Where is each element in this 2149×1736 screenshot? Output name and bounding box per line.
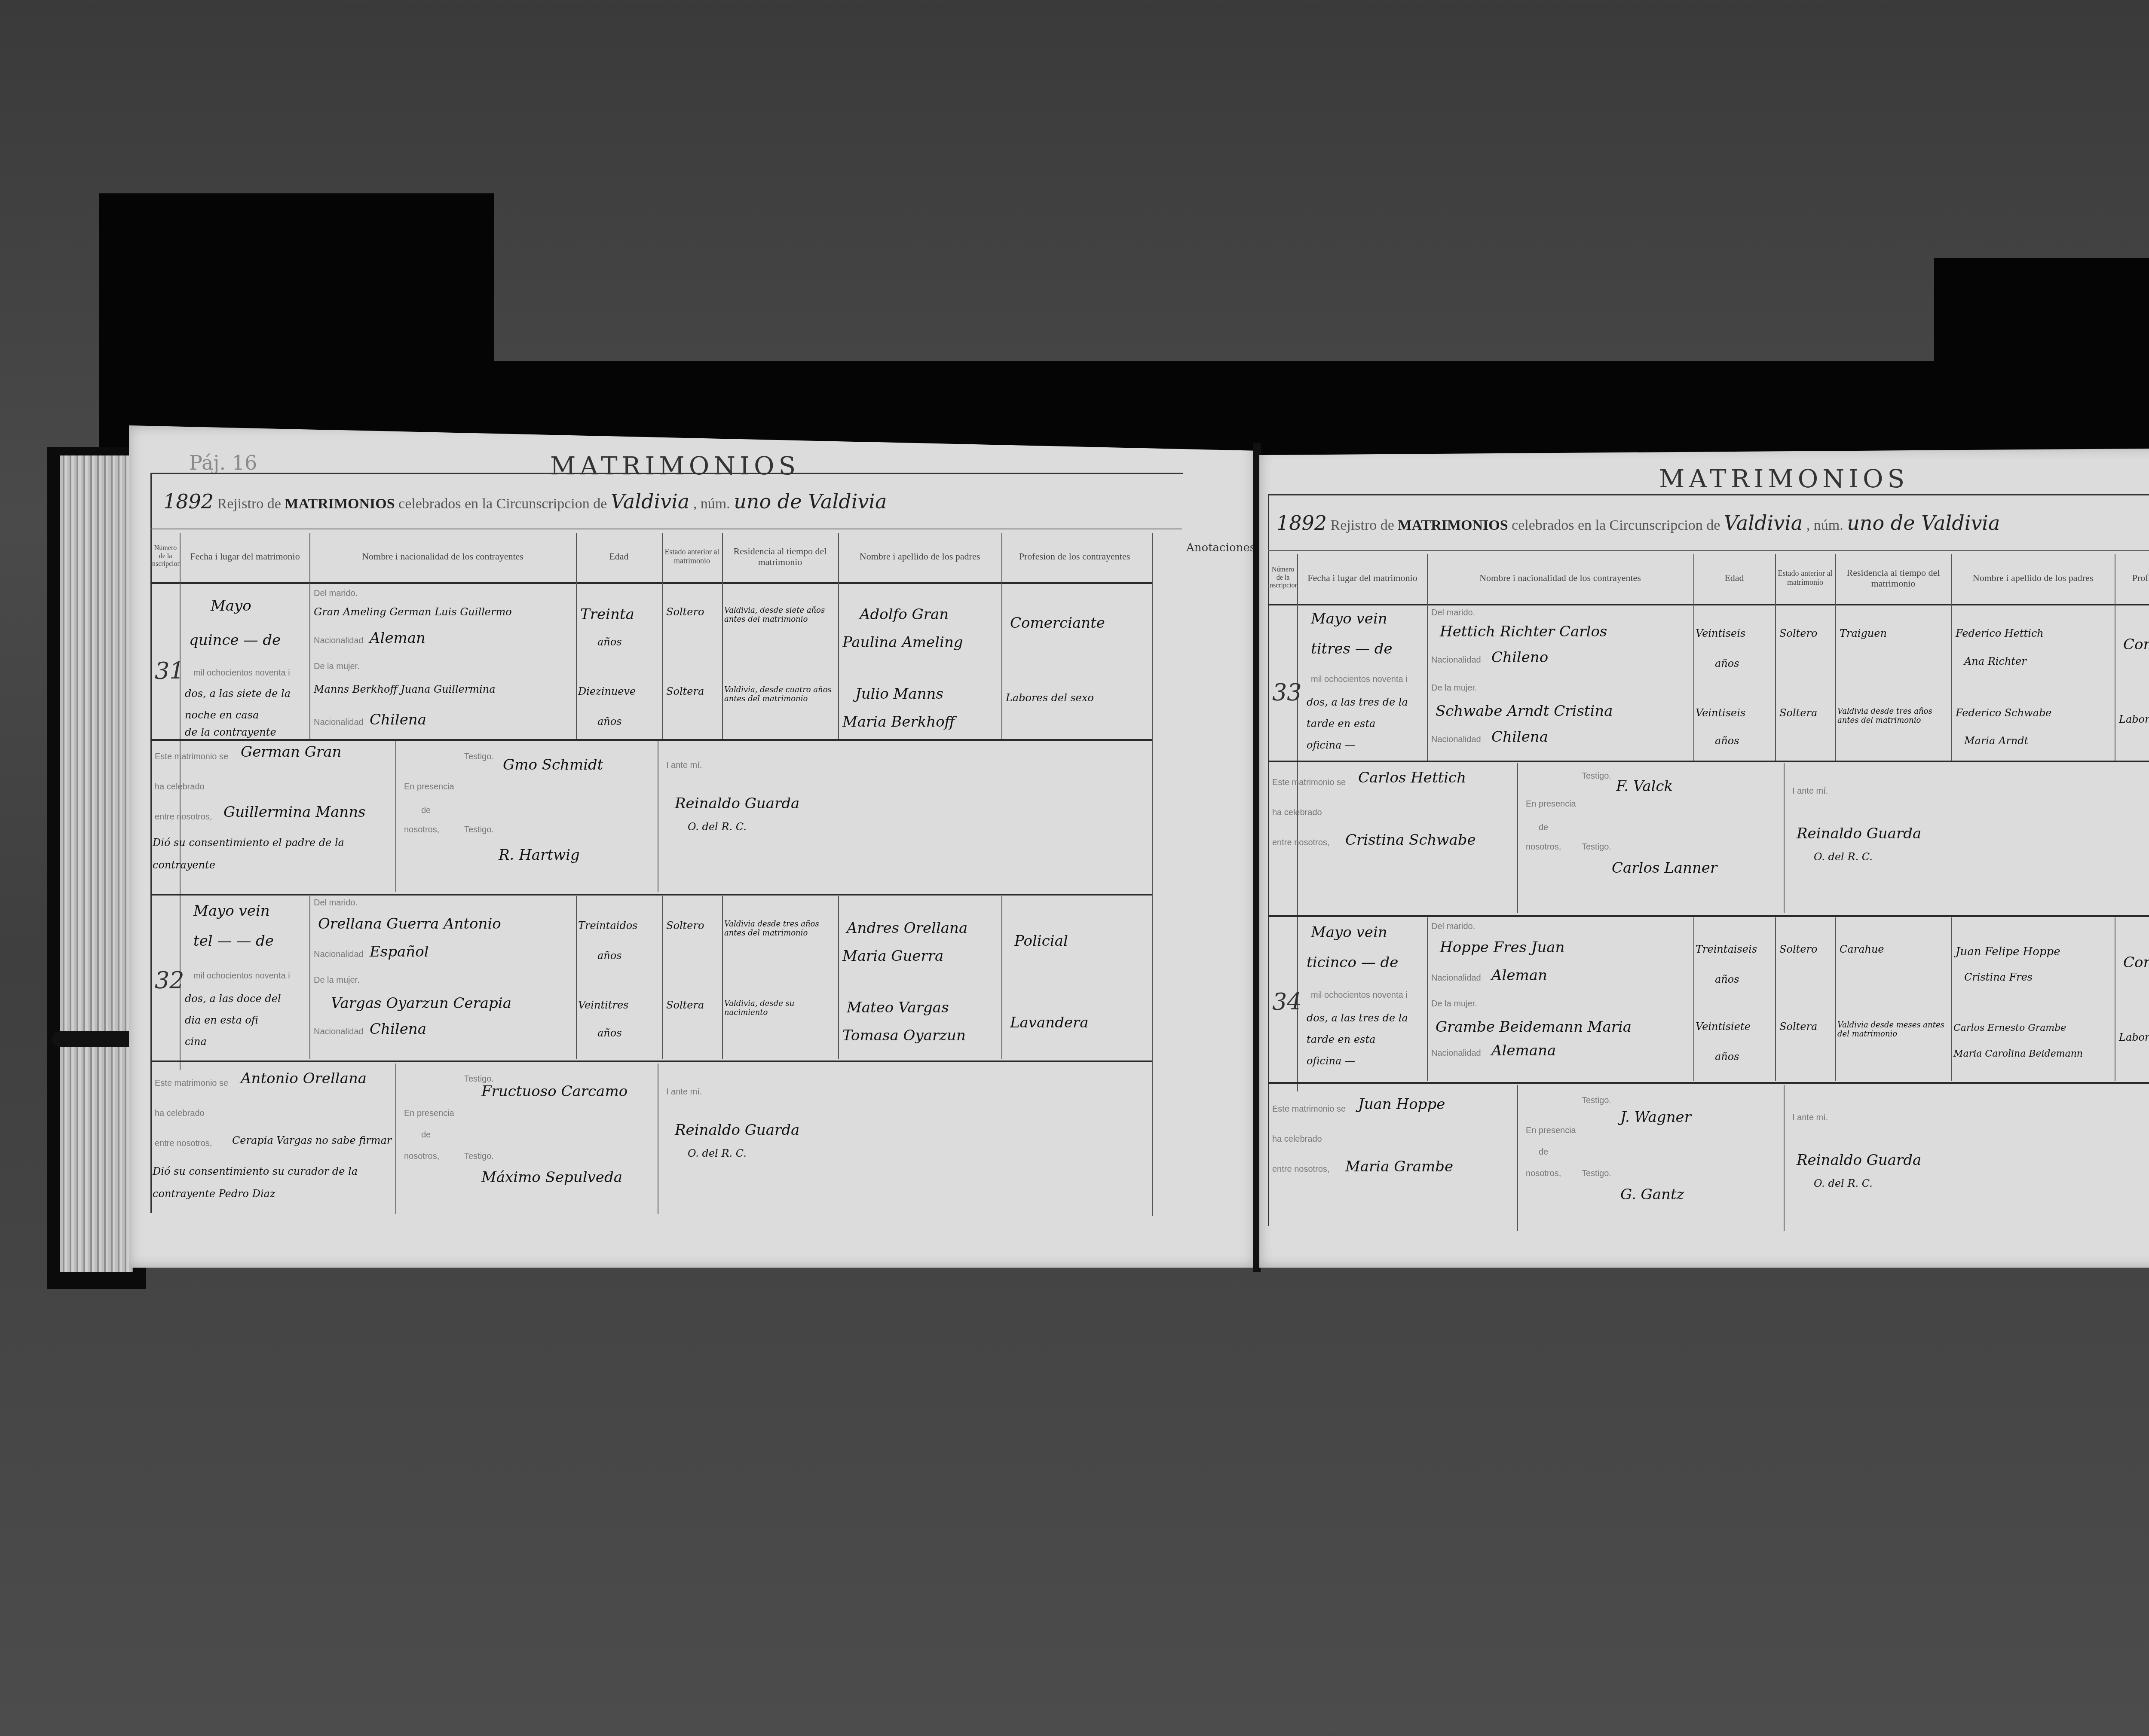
label-testigo: Testigo. [464, 1152, 494, 1161]
col-divider [662, 896, 663, 1059]
entry-divider [150, 894, 1152, 896]
col-divider [1427, 554, 1428, 761]
col-divider [838, 533, 839, 739]
wife-mother: Maria Carolina Beidemann [1953, 1048, 2083, 1059]
wife-age: Diezinueve [578, 685, 636, 697]
footer-divider [1784, 763, 1785, 913]
wife-name: Grambe Beidemann Maria [1436, 1018, 1632, 1036]
fecha-line: dos, a las tres de la [1307, 1012, 1408, 1024]
page-right: MATRIMONIOS Páj. 17 1892 Rejistro de MAT… [1259, 447, 2149, 1268]
witness-2-signature: R. Hartwig [499, 847, 580, 864]
wife-name: Manns Berkhoff Juana Guillermina [314, 683, 495, 695]
label-este-matrimonio: Este matrimonio se [1272, 1104, 1346, 1114]
wife-residence: Valdivia desde meses antes del matrimoni… [1837, 1021, 1949, 1039]
register-number-value: uno de Valdivia [1847, 511, 2000, 535]
label-ha-celebrado: ha celebrado [1272, 1134, 1322, 1144]
footer-divider [658, 1064, 658, 1214]
fecha-line: oficina — [1307, 739, 1355, 751]
fecha-line: dos, a las tres de la [1307, 696, 1408, 708]
fecha-line: tel — — de [193, 932, 274, 950]
entry-divider [1268, 1082, 2149, 1084]
label-este-matrimonio: Este matrimonio se [155, 752, 228, 762]
col-header-numero: Número de la inscripcion [1270, 554, 1296, 602]
husband-father: Federico Hettich [1956, 627, 2044, 639]
fecha-line: tarde en esta [1307, 718, 1375, 730]
age-unit: años [597, 1027, 622, 1039]
wife-mother: Maria Berkhoff [842, 713, 955, 730]
label-testigo: Testigo. [1582, 1096, 1611, 1106]
husband-age: Treintaiseis [1696, 943, 1757, 955]
groom-signature: German Gran [241, 743, 341, 761]
label-testigo: Testigo. [464, 752, 494, 762]
col-divider [1001, 533, 1002, 739]
officer-signature: Reinaldo Guarda [1797, 1152, 1921, 1169]
register-number-value: uno de Valdivia [734, 490, 887, 513]
fecha-line: tarde en esta [1307, 1033, 1375, 1045]
fecha-line: mil ochocientos noventa i [193, 668, 290, 678]
wife-profession: Labores del sexo [2119, 1031, 2149, 1043]
husband-name: Hettich Richter Carlos [1440, 623, 1607, 640]
husband-residence: Valdivia, desde siete años antes del mat… [724, 606, 836, 624]
wife-residence: Valdivia, desde cuatro años antes del ma… [724, 685, 836, 703]
entry-number: 31 [155, 657, 184, 685]
fecha-line: titres — de [1311, 640, 1393, 657]
circunscripcion-value: Valdivia [1724, 511, 1803, 535]
label-de-la-mujer: De la mujer. [1431, 683, 1477, 693]
col-divider [309, 533, 310, 739]
wife-profession: Labores del sexo [2119, 713, 2149, 725]
entry-divider [1268, 915, 2149, 917]
label-de: de [421, 1130, 431, 1140]
fecha-line: mil ochocientos noventa i [1311, 990, 1408, 1000]
label-del-marido: Del marido. [1431, 922, 1475, 932]
footer-divider [395, 741, 396, 892]
header-bottom-rule [1268, 604, 2149, 605]
fecha-line: mil ochocientos noventa i [193, 971, 290, 981]
col-divider [662, 533, 663, 739]
label-ha-celebrado: ha celebrado [155, 1109, 205, 1119]
col-header-padres: Nombre i apellido de los padres [1951, 554, 2115, 602]
label-nosotros: nosotros, [404, 825, 439, 835]
fecha-line: dos, a las siete de la [185, 688, 291, 700]
footer-divider [1784, 1085, 1785, 1231]
husband-nationality: Aleman [1491, 967, 1547, 984]
label-nacionalidad: Nacionalidad [314, 950, 364, 960]
fecha-line: de la contrayente [185, 726, 276, 738]
label-nacionalidad: Nacionalidad [1431, 973, 1481, 983]
footer-note: Dió su consentimiento el padre de la con… [153, 831, 393, 876]
husband-age: Treintaidos [578, 920, 638, 932]
col-divider [576, 533, 577, 739]
label-ha-celebrado: ha celebrado [155, 782, 205, 792]
label-nacionalidad: Nacionalidad [1431, 735, 1481, 745]
groom-signature: Carlos Hettich [1358, 769, 1466, 786]
col-header-edad: Edad [1693, 554, 1775, 602]
book-shadow-left [99, 193, 494, 460]
label-entre-nosotros: entre nosotros, [155, 1139, 212, 1149]
label-testigo: Testigo. [1582, 842, 1611, 852]
col-header-residencia: Residencia al tiempo del matrimonio [1835, 554, 1951, 602]
register-line: 1892 Rejistro de MATRIMONIOS celebrados … [163, 490, 887, 513]
age-unit: años [597, 950, 622, 962]
footer-divider [395, 1064, 396, 1214]
footer-note: Dió su consentimiento su curador de la c… [153, 1160, 393, 1205]
entry-number: 33 [1272, 679, 1302, 706]
register-line: 1892 Rejistro de MATRIMONIOS celebrados … [1277, 511, 2000, 535]
wife-residence: Valdivia, desde su nacimiento [724, 999, 836, 1017]
col-header-estado: Estado anterior al matrimonio [662, 533, 722, 580]
page-edges-left [60, 455, 133, 1272]
col-divider [2115, 917, 2115, 1081]
wife-father: Julio Manns [855, 685, 943, 703]
fecha-line: oficina — [1307, 1055, 1355, 1067]
officer-title: O. del R. C. [688, 1147, 747, 1159]
groom-signature: Antonio Orellana [241, 1070, 367, 1087]
col-divider [722, 533, 723, 739]
officer-title: O. del R. C. [688, 821, 747, 833]
page-left: Páj. 16 MATRIMONIOS 1892 Rejistro de MAT… [129, 425, 1255, 1268]
officer-title: O. del R. C. [1814, 1177, 1873, 1189]
label-nacionalidad: Nacionalidad [314, 1027, 364, 1037]
husband-father: Andres Orellana [847, 920, 967, 937]
wife-profession: Labores del sexo [1006, 692, 1094, 704]
groom-signature: Juan Hoppe [1358, 1096, 1445, 1113]
footer-divider [1517, 1085, 1518, 1231]
age-unit: años [1715, 657, 1739, 669]
entry-divider [150, 1061, 1152, 1062]
label-i-ante-mi: I ante mí. [1792, 1113, 1828, 1123]
age-unit: años [597, 715, 622, 727]
wife-age: Veintitres [578, 999, 628, 1011]
witness-1-signature: Fructuoso Carcamo [481, 1083, 628, 1100]
col-divider [1775, 917, 1776, 1081]
label-de: de [1539, 823, 1548, 833]
label-de: de [421, 806, 431, 816]
label-nacionalidad: Nacionalidad [1431, 655, 1481, 665]
fecha-line: quince — de [189, 632, 281, 649]
wife-nationality: Chilena [1491, 728, 1548, 746]
husband-father: Juan Felipe Hoppe [1956, 945, 2060, 958]
husband-status: Soltero [1779, 627, 1817, 639]
annotations-header: Anotaciones [1186, 541, 1255, 554]
wife-nationality: Chilena [370, 1021, 426, 1038]
label-testigo: Testigo. [1582, 771, 1611, 781]
col-divider [722, 896, 723, 1059]
col-divider [1152, 533, 1153, 1216]
husband-profession: Comerciante [2123, 636, 2149, 653]
page-number: Páj. 16 [189, 451, 257, 474]
col-header-nombre: Nombre i nacionalidad de los contrayente… [309, 533, 576, 580]
wife-name: Vargas Oyarzun Cerapia [331, 995, 511, 1012]
label-de-la-mujer: De la mujer. [314, 662, 360, 672]
label-este-matrimonio: Este matrimonio se [1272, 778, 1346, 788]
husband-nationality: Chileno [1491, 649, 1548, 666]
entry-number: 34 [1272, 988, 1302, 1015]
label-entre-nosotros: entre nosotros, [155, 812, 212, 822]
col-divider [1693, 917, 1694, 1081]
col-divider [309, 896, 310, 1059]
label-del-marido: Del marido. [314, 898, 358, 908]
col-header-fecha: Fecha i lugar del matrimonio [1298, 554, 1427, 602]
circunscripcion-value: Valdivia [611, 490, 689, 513]
husband-profession: Policial [1014, 932, 1068, 950]
wife-name: Schwabe Arndt Cristina [1436, 703, 1613, 720]
age-unit: años [597, 636, 622, 648]
fecha-line: Mayo [211, 597, 251, 614]
col-header-nombre: Nombre i nacionalidad de los contrayente… [1427, 554, 1693, 602]
husband-status: Soltero [666, 920, 704, 932]
fecha-line: noche en casa [185, 709, 259, 721]
husband-mother: Maria Guerra [842, 947, 943, 965]
col-header-numero: Número de la inscripcion [153, 533, 178, 580]
husband-name: Gran Ameling German Luis Guillermo [314, 606, 512, 618]
label-nosotros: nosotros, [404, 1152, 439, 1161]
entry-divider [150, 739, 1152, 741]
wife-age: Veintisiete [1696, 1021, 1751, 1033]
husband-age: Veintiseis [1696, 627, 1745, 639]
label-entre-nosotros: entre nosotros, [1272, 838, 1329, 848]
wife-mother: Tomasa Oyarzun [842, 1027, 966, 1044]
col-divider [1001, 896, 1002, 1059]
label-nacionalidad: Nacionalidad [314, 718, 364, 727]
footer-divider [1517, 763, 1518, 913]
fecha-line: cina [185, 1036, 207, 1048]
col-divider [1951, 554, 1952, 761]
witness-2-signature: Carlos Lanner [1612, 859, 1717, 877]
witness-1-signature: F. Valck [1616, 778, 1673, 795]
officer-signature: Reinaldo Guarda [1797, 825, 1921, 842]
wife-father: Carlos Ernesto Grambe [1953, 1023, 2066, 1033]
label-en-presencia: En presencia [1526, 1126, 1576, 1136]
witness-1-signature: Gmo Schmidt [503, 756, 603, 773]
husband-residence: Valdivia desde tres años antes del matri… [724, 920, 836, 938]
fecha-line: Mayo vein [1311, 924, 1387, 941]
age-unit: años [1715, 735, 1739, 747]
fecha-line: dos, a las doce del [185, 993, 281, 1005]
wife-status: Soltera [1779, 1021, 1817, 1033]
register-year: 1892 [1277, 511, 1327, 535]
wife-status: Soltera [666, 685, 704, 697]
husband-residence: Traiguen [1840, 627, 1887, 639]
col-divider [838, 896, 839, 1059]
witness-1-signature: J. Wagner [1620, 1109, 1691, 1126]
col-header-padres: Nombre i apellido de los padres [838, 533, 1001, 580]
husband-status: Soltero [1779, 943, 1817, 955]
husband-mother: Cristina Fres [1964, 971, 2033, 983]
husband-name: Hoppe Fres Juan [1440, 939, 1565, 956]
label-i-ante-mi: I ante mí. [666, 761, 702, 770]
label-en-presencia: En presencia [404, 1109, 454, 1119]
wife-status: Soltera [666, 999, 704, 1011]
wife-father: Mateo Vargas [847, 999, 949, 1016]
page-title: MATRIMONIOS [1659, 464, 1909, 493]
col-header-profesion: Profesion de los contrayentes [1001, 533, 1148, 580]
husband-mother: Ana Richter [1964, 655, 2027, 667]
officer-signature: Reinaldo Guarda [675, 1122, 799, 1139]
footer-divider [658, 741, 658, 892]
col-header-estado: Estado anterior al matrimonio [1775, 554, 1835, 602]
bride-signature: Cerapia Vargas no sabe firmar [232, 1134, 392, 1146]
husband-residence: Carahue [1840, 943, 1884, 955]
label-del-marido: Del marido. [314, 589, 358, 599]
label-testigo: Testigo. [1582, 1169, 1611, 1179]
label-i-ante-mi: I ante mí. [666, 1087, 702, 1097]
label-nosotros: nosotros, [1526, 1169, 1561, 1179]
label-del-marido: Del marido. [1431, 608, 1475, 618]
label-nacionalidad: Nacionalidad [314, 636, 364, 646]
col-divider [1427, 917, 1428, 1081]
label-de-la-mujer: De la mujer. [314, 975, 360, 985]
age-unit: años [1715, 973, 1739, 985]
wife-residence: Valdivia desde tres años antes del matri… [1837, 707, 1949, 725]
bride-signature: Cristina Schwabe [1345, 831, 1476, 849]
husband-profession: Comerciante [2123, 954, 2149, 971]
fecha-line: Mayo vein [1311, 610, 1387, 627]
wife-nationality: Chilena [370, 711, 426, 728]
husband-status: Soltero [666, 606, 704, 618]
witness-2-signature: Máximo Sepulveda [481, 1169, 622, 1186]
wife-father: Federico Schwabe [1956, 707, 2052, 719]
husband-nationality: Español [370, 943, 429, 960]
label-nacionalidad: Nacionalidad [1431, 1048, 1481, 1058]
label-ha-celebrado: ha celebrado [1272, 808, 1322, 818]
header-top-rule [1268, 550, 2149, 551]
fecha-line: Mayo vein [193, 902, 270, 920]
bride-signature: Maria Grambe [1345, 1158, 1453, 1175]
husband-father: Adolfo Gran [860, 606, 949, 623]
wife-profession: Lavandera [1010, 1014, 1089, 1031]
label-de-la-mujer: De la mujer. [1431, 999, 1477, 1009]
husband-name: Orellana Guerra Antonio [318, 915, 501, 932]
age-unit: años [1715, 1051, 1739, 1063]
label-nosotros: nosotros, [1526, 842, 1561, 852]
husband-age: Treinta [580, 606, 634, 623]
col-divider [576, 896, 577, 1059]
col-header-fecha: Fecha i lugar del matrimonio [181, 533, 309, 580]
fecha-line: mil ochocientos noventa i [1311, 675, 1408, 685]
label-en-presencia: En presencia [1526, 799, 1576, 809]
col-divider [1835, 917, 1836, 1081]
label-este-matrimonio: Este matrimonio se [155, 1079, 228, 1088]
col-header-residencia: Residencia al tiempo del matrimonio [722, 533, 838, 580]
col-divider [1835, 554, 1836, 761]
label-en-presencia: En presencia [404, 782, 454, 792]
wife-nationality: Alemana [1491, 1042, 1556, 1059]
officer-title: O. del R. C. [1814, 851, 1873, 863]
entry-number: 32 [155, 967, 184, 994]
col-divider [1693, 554, 1694, 761]
header-top-rule [150, 529, 1182, 529]
register-year: 1892 [163, 490, 214, 513]
wife-status: Soltera [1779, 707, 1817, 719]
husband-nationality: Aleman [370, 630, 426, 647]
wife-mother: Maria Arndt [1964, 735, 2028, 747]
fecha-line: ticinco — de [1307, 954, 1398, 971]
entry-divider [1268, 761, 2149, 762]
col-header-edad: Edad [576, 533, 662, 580]
label-i-ante-mi: I ante mí. [1792, 786, 1828, 796]
bride-signature: Guillermina Manns [223, 804, 365, 821]
label-entre-nosotros: entre nosotros, [1272, 1164, 1329, 1174]
label-de: de [1539, 1147, 1548, 1157]
col-divider [1775, 554, 1776, 761]
col-header-profesion: Profesion de los contrayentes [2115, 554, 2149, 602]
husband-mother: Paulina Ameling [842, 634, 963, 651]
col-divider [2115, 554, 2115, 761]
wife-age: Veintiseis [1696, 707, 1745, 719]
witness-2-signature: G. Gantz [1620, 1186, 1684, 1203]
book-shadow-right [1934, 258, 2149, 460]
fecha-line: dia en esta ofi [185, 1014, 258, 1026]
officer-signature: Reinaldo Guarda [675, 795, 799, 812]
husband-profession: Comerciante [1010, 614, 1105, 632]
label-testigo: Testigo. [464, 825, 494, 835]
col-divider [1951, 917, 1952, 1081]
